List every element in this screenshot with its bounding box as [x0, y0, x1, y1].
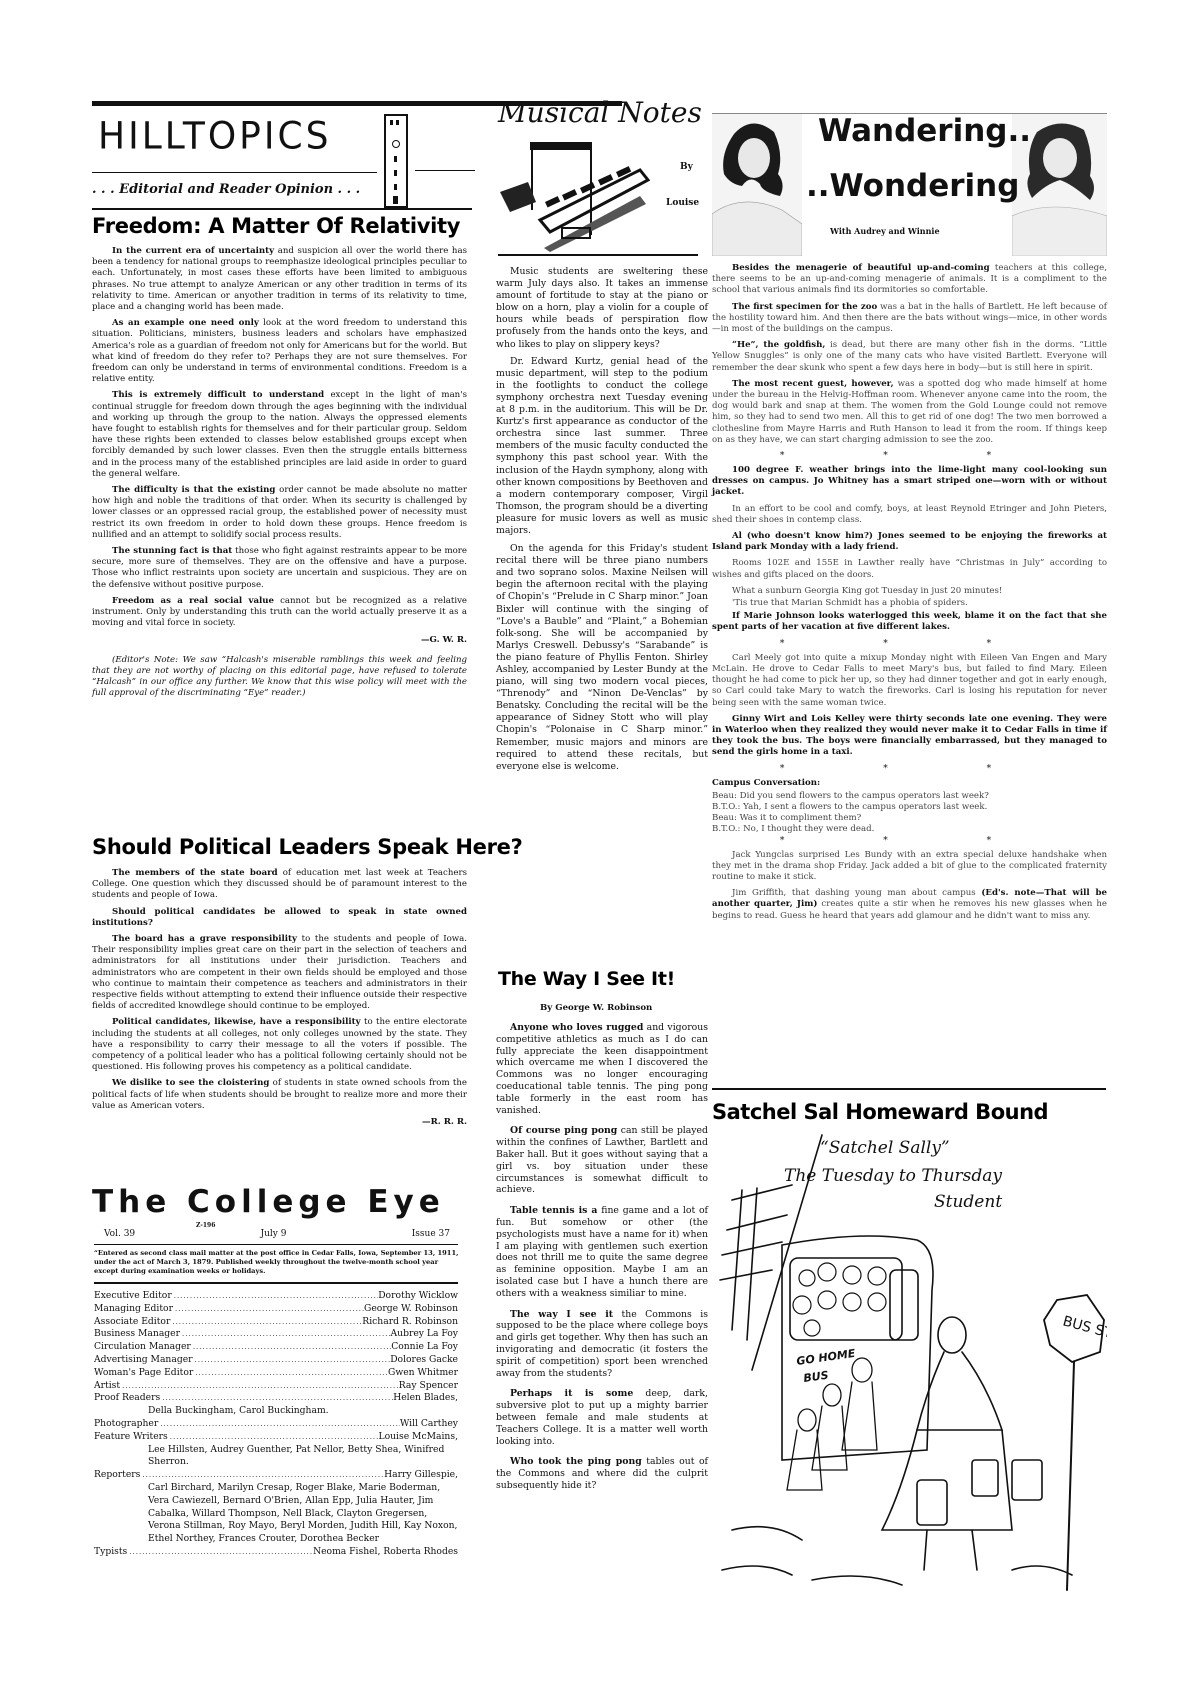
freedom-paragraph: The difficulty is that the existing orde… — [92, 485, 467, 541]
musical-notes-paragraph: Music students are sweltering these warm… — [496, 266, 708, 351]
masthead-bottom-rule — [92, 208, 472, 210]
cartoon-caption-line: Student — [934, 1192, 1002, 1212]
wandering-paragraph: “He”, the goldfish, is dead, but there a… — [712, 340, 1107, 374]
section-divider-stars: * * * — [712, 639, 1107, 649]
musical-notes-rule — [498, 254, 698, 256]
musical-notes-by: By — [680, 162, 693, 172]
college-eye-code: Z-196 — [196, 1222, 215, 1229]
staff-row: Woman's Page EditorGwen Whitmer — [94, 1367, 458, 1380]
wandering-paragraph: 100 degree F. weather brings into the li… — [712, 465, 1107, 499]
issue-date: July 9 — [260, 1229, 286, 1239]
wandering-paragraph: Jim Griffith, that dashing young man abo… — [712, 888, 1107, 922]
conversation-line: Beau: Did you send flowers to the campus… — [712, 791, 1107, 802]
staff-row: PhotographerWill Carthey — [94, 1418, 458, 1431]
way-paragraph: Who took the ping pong tables out of the… — [496, 1456, 708, 1491]
freedom-paragraph: The stunning fact is that those who figh… — [92, 546, 467, 591]
staff-row: Business ManagerAubrey La Foy — [94, 1328, 458, 1341]
freedom-paragraph: As an example one need only look at the … — [92, 318, 467, 385]
musical-notes-title: Musical Notes — [498, 96, 702, 129]
way-i-see-it-article: Anyone who loves rugged and vigorous com… — [496, 1022, 708, 1497]
section-divider-stars: * * * — [712, 836, 1107, 846]
wandering-paragraph: Rooms 102E and 155E in Lawther really ha… — [712, 558, 1107, 580]
section-divider-stars: * * * — [712, 451, 1107, 461]
audrey-photo — [712, 114, 802, 256]
wandering-paragraph: Al (who doesn't know him?) Jones seemed … — [712, 531, 1107, 553]
freedom-paragraph: In the current era of uncertainty and su… — [92, 246, 467, 313]
cartoon-caption-line: The Tuesday to Thursday — [784, 1166, 1002, 1186]
campanile-tower-icon — [384, 114, 408, 208]
way-i-see-it-byline: By George W. Robinson — [540, 1003, 652, 1013]
staff-row: Associate EditorRichard R. Robinson — [94, 1316, 458, 1329]
political-paragraph: We dislike to see the cloistering of stu… — [92, 1078, 467, 1112]
staff-row: ReportersHarry Gillespie, — [94, 1469, 458, 1482]
wandering-paragraph: In an effort to be cool and comfy, boys,… — [712, 504, 1107, 526]
way-paragraph: The way I see it the Commons is supposed… — [496, 1309, 708, 1380]
wandering-paragraph: Jack Yungclas surprised Les Bundy with a… — [712, 850, 1107, 884]
staff-row: TypistsNeoma Fishel, Roberta Rhodes — [94, 1546, 458, 1559]
staff-row: Feature WritersLouise McMains, — [94, 1431, 458, 1444]
issue-number: Issue 37 — [412, 1229, 450, 1239]
political-paragraph: The board has a grave responsibility to … — [92, 934, 467, 1012]
svg-text:BUS: BUS — [803, 1369, 830, 1385]
wandering-paragraph: Ginny Wirt and Lois Kelley were thirty s… — [712, 714, 1107, 759]
satchel-headline: Satchel Sal Homeward Bound — [712, 1100, 1048, 1124]
wandering-article: Besides the menagerie of beautiful up-an… — [712, 263, 1107, 927]
college-eye-meta: Vol. 39 July 9 Issue 37 — [104, 1229, 450, 1239]
svg-text:BUS STOP: BUS STOP — [1061, 1313, 1107, 1347]
freedom-signature: —G. W. R. — [92, 635, 467, 645]
staff-row: Circulation ManagerConnie La Foy — [94, 1341, 458, 1354]
wandering-paragraph: What a sunburn Georgia King got Tuesday … — [712, 586, 1107, 597]
wandering-paragraph: Carl Meely got into quite a mixup Monday… — [712, 653, 1107, 709]
section-divider-stars: * * * — [712, 764, 1107, 774]
political-article: The members of the state board of educat… — [92, 868, 467, 1137]
musical-notes-paragraph: Dr. Edward Kurtz, genial head of the mus… — [496, 356, 708, 537]
svg-text:GO HOME: GO HOME — [796, 1347, 857, 1368]
staff-continuation: Carl Birchard, Marilyn Cresap, Roger Bla… — [94, 1482, 458, 1546]
staff-box: Executive EditorDorothy Wicklow Managing… — [94, 1290, 458, 1559]
wandering-paragraph: The most recent guest, however, was a sp… — [712, 379, 1107, 446]
satchel-top-rule — [712, 1088, 1106, 1090]
cartoon-caption-title: “Satchel Sally” — [820, 1138, 950, 1158]
hilltopics-subtitle: . . . Editorial and Reader Opinion . . . — [92, 182, 360, 197]
volume: Vol. 39 — [104, 1229, 135, 1239]
eye-rule-1 — [94, 1244, 458, 1245]
wandering-title-line2: ..Wondering — [806, 168, 1019, 204]
way-i-see-it-headline: The Way I See It! — [498, 968, 675, 990]
eye-rule-2 — [94, 1282, 458, 1284]
staff-row: Proof ReadersHelen Blades, — [94, 1392, 458, 1405]
satchel-sally-cartoon: GO HOME BUS BUS STOP “Satchel Sally” The… — [712, 1130, 1107, 1600]
freedom-paragraph: Freedom as a real social value cannot bu… — [92, 596, 467, 630]
editors-note: (Editor's Note: We saw “Halcash's misera… — [92, 655, 467, 700]
mail-notice: “Entered as second class mail matter at … — [94, 1249, 459, 1276]
musical-notes-article: Music students are sweltering these warm… — [496, 266, 708, 778]
conversation-line: Beau: Was it to compliment them? — [712, 813, 1107, 824]
wandering-paragraph: Besides the menagerie of beautiful up-an… — [712, 263, 1107, 297]
political-headline: Should Political Leaders Speak Here? — [92, 835, 522, 859]
masthead-mid-rule-right — [415, 170, 475, 171]
wandering-title-line1: Wandering.. — [818, 113, 1031, 149]
staff-row: ArtistRay Spencer — [94, 1380, 458, 1393]
conversation-line: B.T.O.: Yah, I sent a flowers to the cam… — [712, 802, 1107, 813]
staff-continuation: Lee Hillsten, Audrey Guenther, Pat Nello… — [94, 1444, 458, 1470]
wandering-paragraph: If Marie Johnson looks waterlogged this … — [712, 611, 1107, 633]
political-paragraph: Should political candidates be allowed t… — [92, 907, 467, 929]
way-paragraph: Of course ping pong can still be played … — [496, 1125, 708, 1196]
wandering-byline: With Audrey and Winnie — [830, 226, 940, 236]
staff-row: Managing EditorGeorge W. Robinson — [94, 1303, 458, 1316]
staff-row: Advertising ManagerDolores Gacke — [94, 1354, 458, 1367]
hilltopics-title: HILLTOPICS — [98, 115, 331, 158]
wandering-paragraph: 'Tis true that Marian Schmidt has a phob… — [712, 598, 1107, 609]
freedom-paragraph: This is extremely difficult to understan… — [92, 390, 467, 480]
political-paragraph: Political candidates, likewise, have a r… — [92, 1017, 467, 1073]
wandering-paragraph: The first specimen for the zoo was a bat… — [712, 302, 1107, 336]
way-paragraph: Anyone who loves rugged and vigorous com… — [496, 1022, 708, 1116]
conversation-line: B.T.O.: No, I thought they were dead. — [712, 824, 1107, 835]
masthead-mid-rule — [92, 172, 377, 173]
staff-continuation: Della Buckingham, Carol Buckingham. — [94, 1405, 458, 1418]
way-paragraph: Perhaps it is some deep, dark, subversiv… — [496, 1388, 708, 1447]
campus-conversation-title: Campus Conversation: — [712, 778, 1107, 789]
college-eye-title: The College Eye — [92, 1184, 445, 1220]
musical-notes-author: Louise — [666, 198, 699, 208]
staff-row: Executive EditorDorothy Wicklow — [94, 1290, 458, 1303]
musical-notes-paragraph: On the agenda for this Friday's student … — [496, 543, 708, 773]
freedom-headline: Freedom: A Matter Of Relativity — [92, 214, 460, 238]
piano-keyboard-icon — [500, 140, 650, 252]
freedom-article: In the current era of uncertainty and su… — [92, 246, 467, 704]
political-paragraph: The members of the state board of educat… — [92, 868, 467, 902]
political-signature: —R. R. R. — [92, 1117, 467, 1127]
way-paragraph: Table tennis is a fine game and a lot of… — [496, 1205, 708, 1299]
